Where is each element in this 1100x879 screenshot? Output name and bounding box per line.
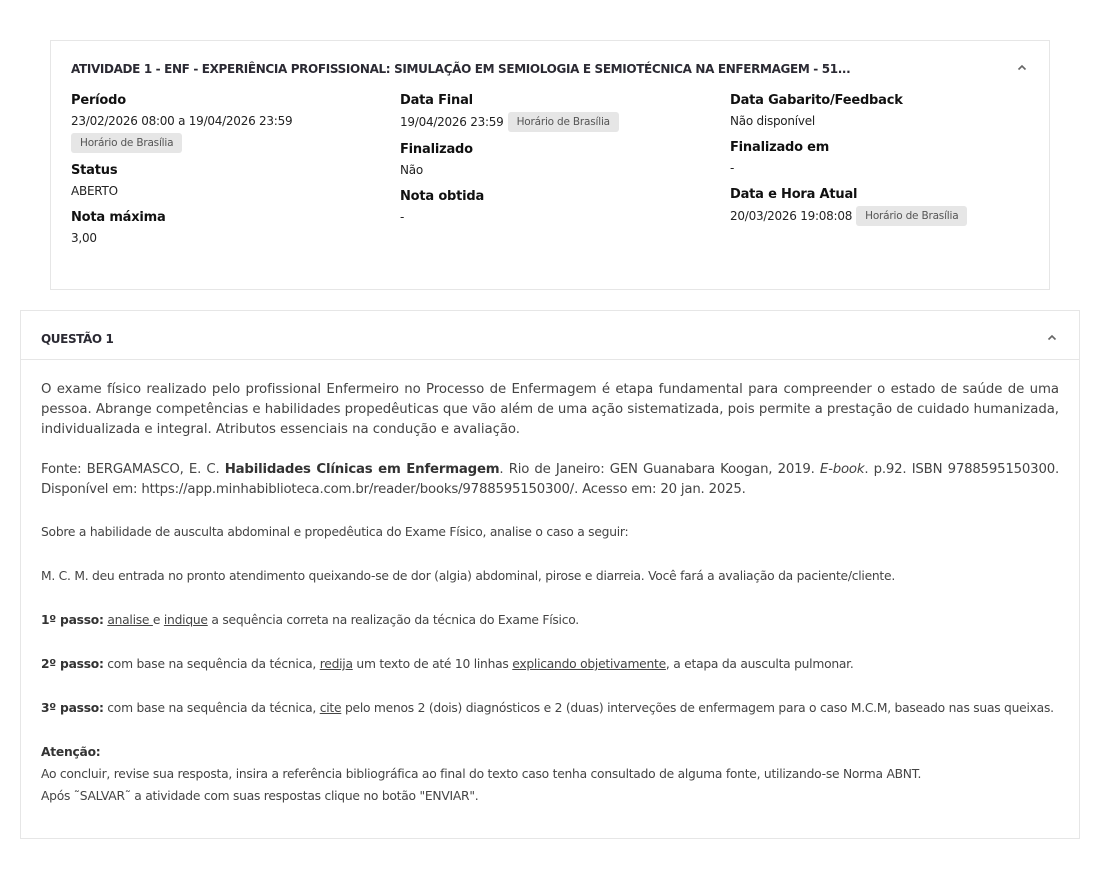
- field-label: Finalizado em: [730, 139, 967, 156]
- step-text: a sequência correta na realização da téc…: [208, 613, 579, 627]
- step-2: 2º passo: com base na sequência da técni…: [41, 653, 1059, 675]
- question-prompt: Sobre a habilidade de ausculta abdominal…: [41, 521, 1059, 543]
- activity-column-2: Data Final 19/04/2026 23:59 Horário de B…: [400, 92, 619, 235]
- timezone-badge: Horário de Brasília: [71, 133, 182, 153]
- chevron-up-icon[interactable]: [1047, 333, 1057, 343]
- field-data-final: Data Final 19/04/2026 23:59 Horário de B…: [400, 92, 619, 132]
- step-label: 1º passo:: [41, 613, 104, 627]
- attention-line-2: Após ˜SALVAR˜ a atividade com suas respo…: [41, 785, 1059, 807]
- step-emphasis: redija: [320, 657, 353, 671]
- attention-block: Atenção: Ao concluir, revise sua respost…: [41, 741, 1059, 807]
- step-label: 2º passo:: [41, 657, 104, 671]
- field-finalizado: Finalizado Não: [400, 141, 619, 179]
- field-value: 3,00: [71, 229, 292, 247]
- source-middle: . Rio de Janeiro: GEN Guanabara Koogan, …: [499, 462, 820, 477]
- field-value-row: 20/03/2026 19:08:08 Horário de Brasília: [730, 206, 967, 226]
- step-text: com base na sequência da técnica,: [104, 657, 320, 671]
- field-label: Status: [71, 162, 292, 179]
- source-book-title: Habilidades Clínicas em Enfermagem: [225, 462, 500, 477]
- timezone-badge: Horário de Brasília: [856, 206, 967, 226]
- question-title: QUESTÃO 1: [41, 332, 113, 346]
- question-header[interactable]: QUESTÃO 1: [21, 311, 1079, 360]
- field-data-gabarito: Data Gabarito/Feedback Não disponível: [730, 92, 967, 130]
- source-prefix: Fonte: BERGAMASCO, E. C.: [41, 462, 225, 477]
- field-value: -: [730, 159, 967, 177]
- field-value: 19/04/2026 23:59: [400, 113, 504, 131]
- attention-line-1: Ao concluir, revise sua resposta, insira…: [41, 763, 1059, 785]
- status-value: ABERTO: [71, 182, 292, 200]
- field-value: 20/03/2026 19:08:08: [730, 207, 852, 225]
- field-nota-obtida: Nota obtida -: [400, 188, 619, 226]
- field-value: Não disponível: [730, 112, 967, 130]
- activity-title[interactable]: ATIVIDADE 1 - ENF - EXPERIÊNCIA PROFISSI…: [71, 62, 850, 76]
- question-body: O exame físico realizado pelo profission…: [21, 360, 1079, 807]
- step-3: 3º passo: com base na sequência da técni…: [41, 697, 1059, 719]
- step-emphasis: indique: [164, 613, 208, 627]
- field-label: Data Gabarito/Feedback: [730, 92, 967, 109]
- field-label: Período: [71, 92, 292, 109]
- source-ebook: E-book: [820, 462, 864, 477]
- step-text: , a etapa da ausculta pulmonar.: [666, 657, 854, 671]
- question-intro: O exame físico realizado pelo profission…: [41, 380, 1059, 440]
- step-text: pelo menos 2 (dois) diagnósticos e 2 (du…: [341, 701, 1053, 715]
- field-nota-maxima: Nota máxima 3,00: [71, 209, 292, 247]
- activity-column-1: Período 23/02/2026 08:00 a 19/04/2026 23…: [71, 92, 292, 256]
- attention-heading: Atenção:: [41, 745, 100, 759]
- step-1: 1º passo: analise e indique a sequência …: [41, 609, 1059, 631]
- field-value: -: [400, 208, 619, 226]
- step-text: e: [153, 613, 164, 627]
- attention-label: Atenção:: [41, 741, 1059, 763]
- question-source: Fonte: BERGAMASCO, E. C. Habilidades Clí…: [41, 460, 1059, 500]
- question-case: M. C. M. deu entrada no pronto atendimen…: [41, 565, 1059, 587]
- field-label: Data Final: [400, 92, 619, 109]
- field-label: Nota máxima: [71, 209, 292, 226]
- step-text: um texto de até 10 linhas: [353, 657, 512, 671]
- field-label: Finalizado: [400, 141, 619, 158]
- field-value: Não: [400, 161, 619, 179]
- field-label: Nota obtida: [400, 188, 619, 205]
- timezone-badge: Horário de Brasília: [508, 112, 619, 132]
- field-value-row: 19/04/2026 23:59 Horário de Brasília: [400, 112, 619, 132]
- step-emphasis: analise: [107, 613, 153, 627]
- step-text: com base na sequência da técnica,: [104, 701, 320, 715]
- activity-card: ATIVIDADE 1 - ENF - EXPERIÊNCIA PROFISSI…: [50, 40, 1050, 290]
- field-finalizado-em: Finalizado em -: [730, 139, 967, 177]
- step-emphasis: cite: [320, 701, 342, 715]
- activity-column-3: Data Gabarito/Feedback Não disponível Fi…: [730, 92, 967, 235]
- field-data-hora-atual: Data e Hora Atual 20/03/2026 19:08:08 Ho…: [730, 186, 967, 226]
- field-status: Status ABERTO: [71, 162, 292, 200]
- step-emphasis: explicando objetivamente: [512, 657, 666, 671]
- step-label: 3º passo:: [41, 701, 104, 715]
- field-periodo: Período 23/02/2026 08:00 a 19/04/2026 23…: [71, 92, 292, 153]
- chevron-up-icon[interactable]: [1017, 63, 1027, 73]
- question-card: QUESTÃO 1 O exame físico realizado pelo …: [20, 310, 1080, 839]
- field-value: 23/02/2026 08:00 a 19/04/2026 23:59: [71, 112, 292, 130]
- field-label: Data e Hora Atual: [730, 186, 967, 203]
